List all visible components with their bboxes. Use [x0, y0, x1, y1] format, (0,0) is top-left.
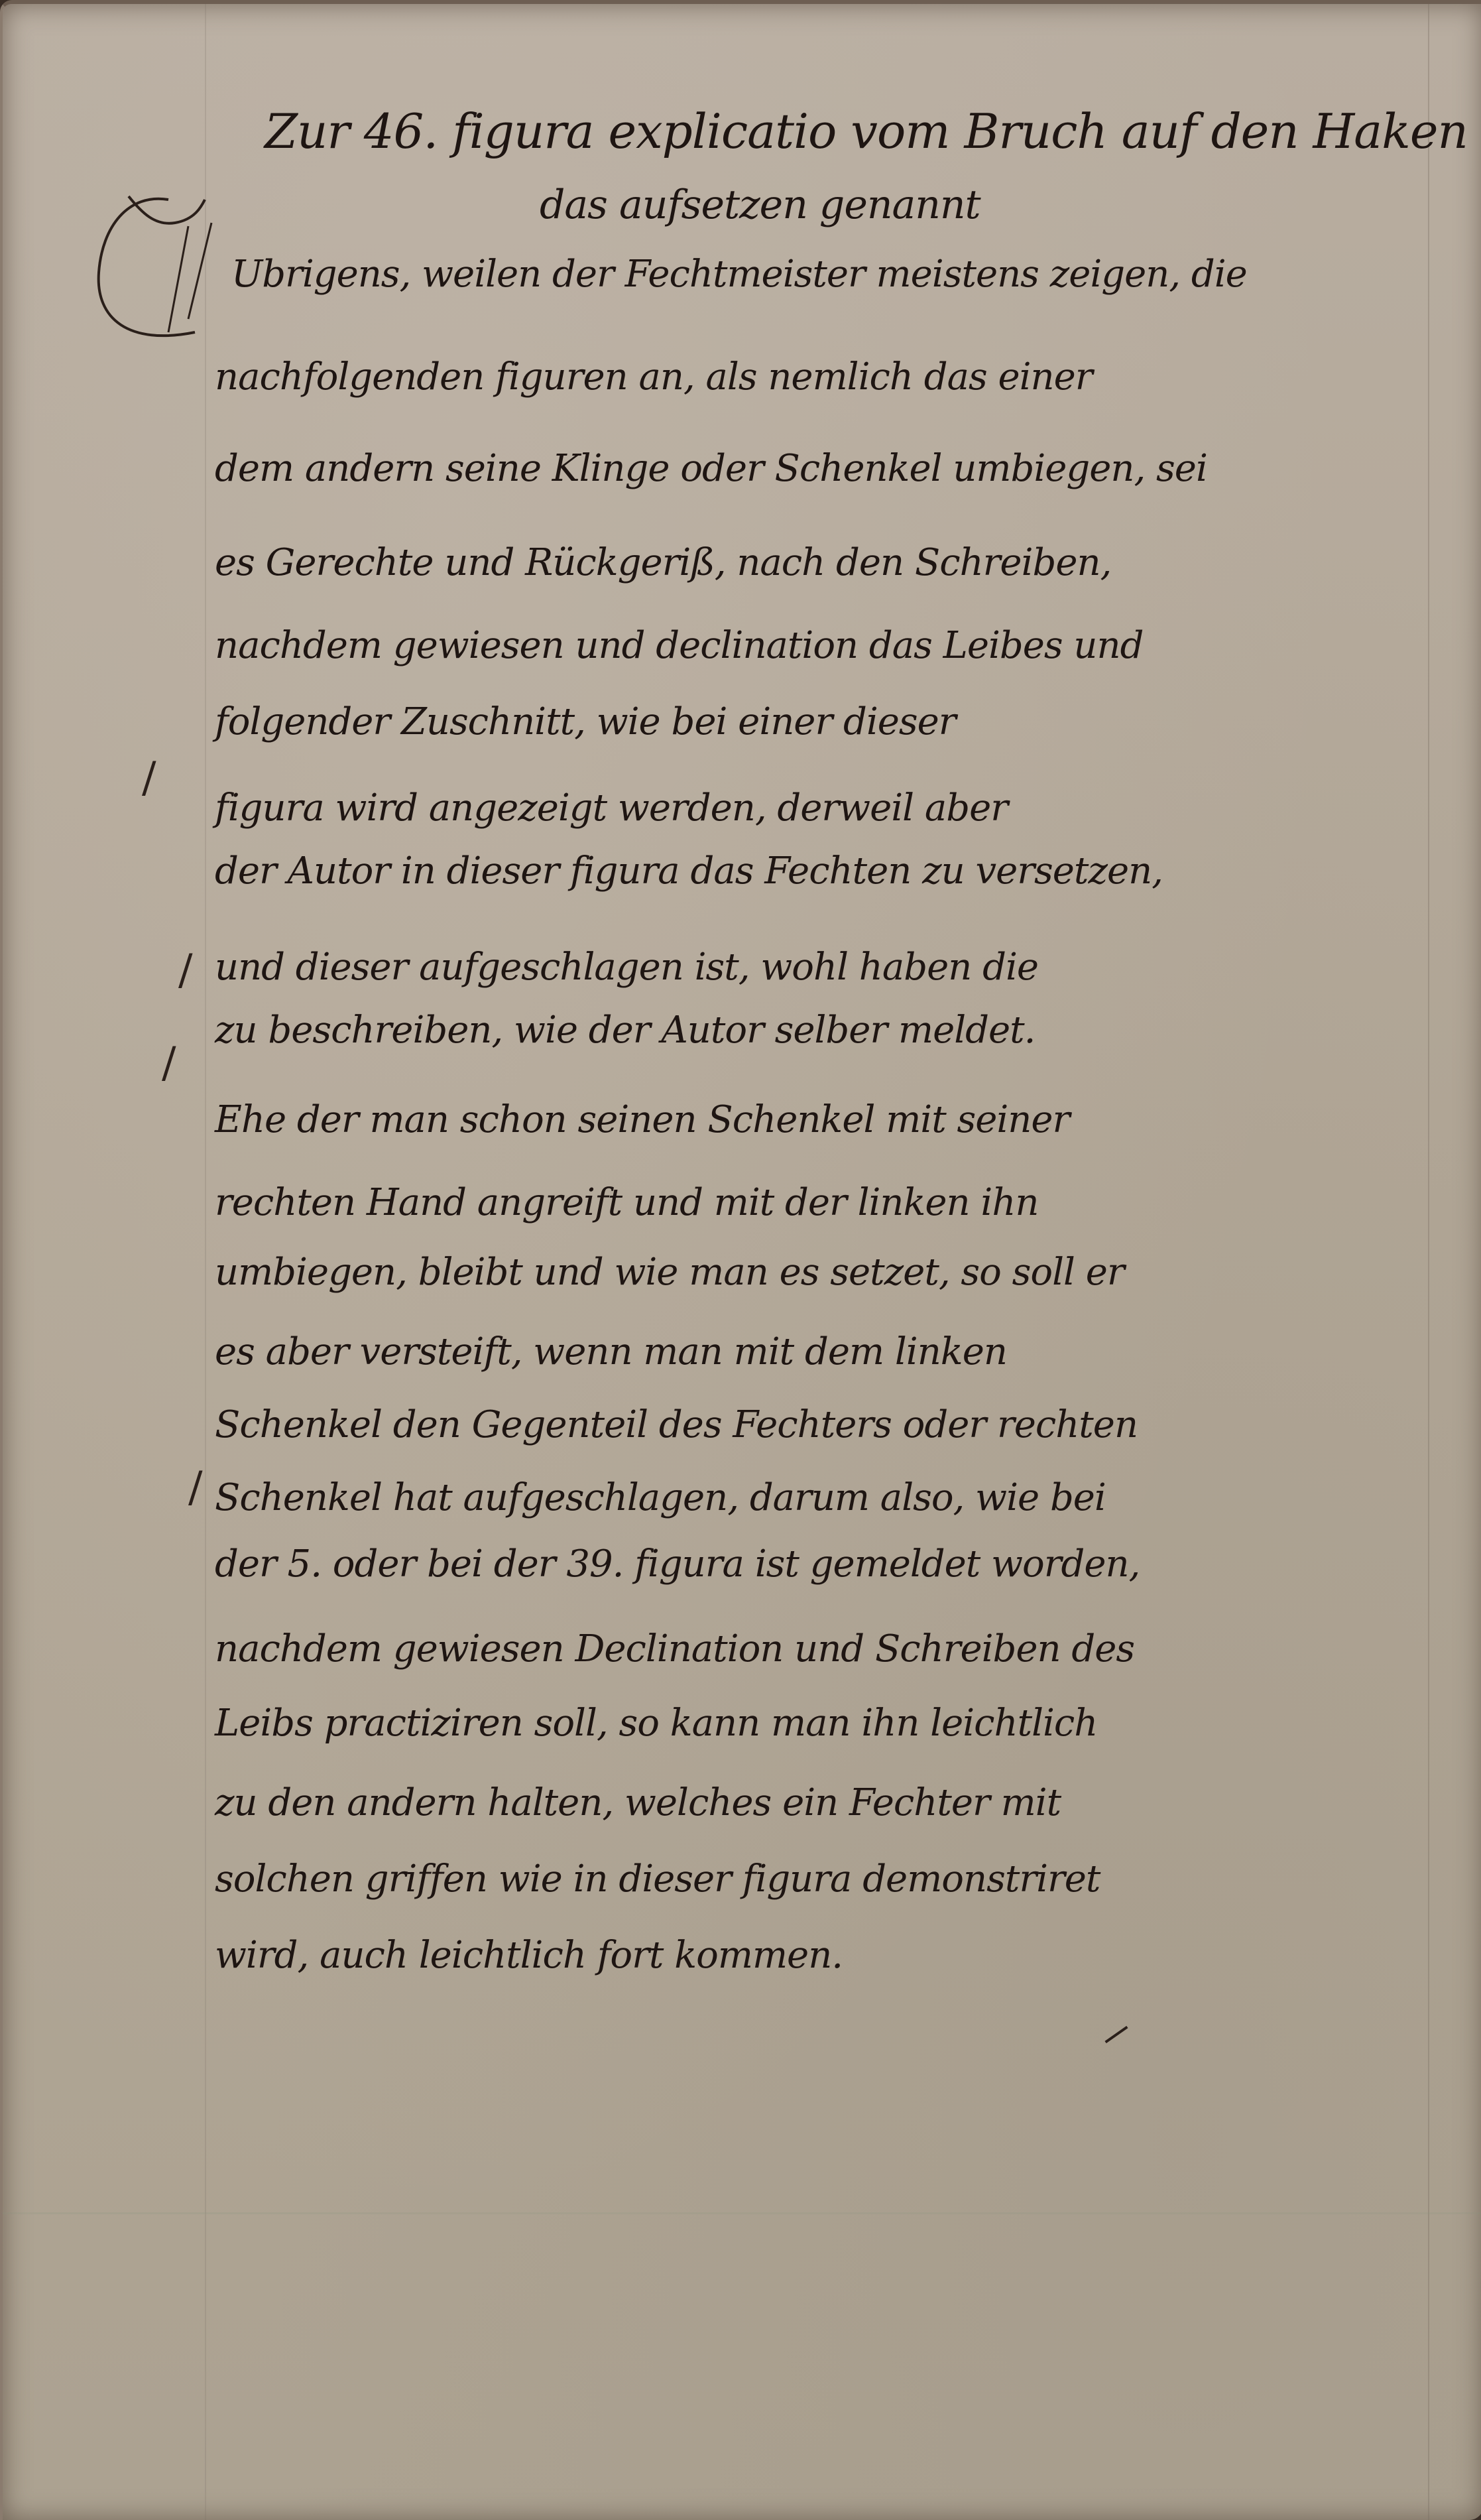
body-line: Ubrigens, weilen der Fechtmeister meiste… — [231, 253, 1247, 296]
body-line: zu beschreiben, wie der Autor selber mel… — [215, 1009, 1035, 1052]
body-line: der Autor in dieser figura das Fechten z… — [215, 850, 1163, 893]
body-line: solchen griffen wie in dieser figura dem… — [215, 1858, 1100, 1901]
body-line: der 5. oder bei der 39. figura ist gemel… — [215, 1543, 1140, 1586]
body-line: umbiegen, bleibt und wie man es setzet, … — [215, 1251, 1124, 1294]
margin-stroke-icon: / — [162, 1039, 176, 1088]
page-subheading: das aufsetzen genannt — [540, 182, 980, 228]
margin-stroke-icon: / — [178, 946, 193, 995]
body-line: es aber versteift, wenn man mit dem link… — [215, 1330, 1007, 1373]
body-line: dem andern seine Klinge oder Schenkel um… — [215, 447, 1207, 490]
page-heading: Zur 46. figura explicatio vom Bruch auf … — [265, 103, 1468, 159]
body-line: Schenkel den Gegenteil des Fechters oder… — [215, 1403, 1138, 1446]
body-line: nachfolgenden figuren an, als nemlich da… — [215, 355, 1093, 399]
margin-rule-left — [205, 4, 206, 2516]
body-line: Leibs practiziren soll, so kann man ihn … — [215, 1702, 1097, 1745]
body-line: wird, auch leichtlich fort kommen. — [215, 1934, 843, 1977]
body-line: Schenkel hat aufgeschlagen, darum also, … — [215, 1476, 1106, 1519]
margin-stroke-icon: / — [142, 753, 156, 802]
body-line: nachdem gewiesen und declination das Lei… — [215, 624, 1143, 667]
margin-rule-right — [1428, 4, 1429, 2516]
closing-flourish-icon — [1104, 2026, 1128, 2043]
paper-crease — [3, 2212, 1481, 2214]
manuscript-page: Zur 46. figura explicatio vom Bruch auf … — [0, 0, 1481, 2516]
margin-stroke-icon: / — [188, 1463, 203, 1512]
decorative-initial-flourish-icon — [89, 186, 235, 359]
body-line: zu den andern halten, welches ein Fechte… — [215, 1781, 1061, 1824]
body-line: figura wird angezeigt werden, derweil ab… — [215, 787, 1008, 830]
body-line: rechten Hand angreift und mit der linken… — [215, 1181, 1038, 1224]
body-line: nachdem gewiesen Declination und Schreib… — [215, 1627, 1134, 1670]
body-line: es Gerechte und Rückgeriß, nach den Schr… — [215, 541, 1111, 584]
body-line: und dieser aufgeschlagen ist, wohl haben… — [215, 946, 1038, 989]
body-line: Ehe der man schon seinen Schenkel mit se… — [215, 1098, 1069, 1141]
body-line: folgender Zuschnitt, wie bei einer diese… — [215, 700, 956, 743]
